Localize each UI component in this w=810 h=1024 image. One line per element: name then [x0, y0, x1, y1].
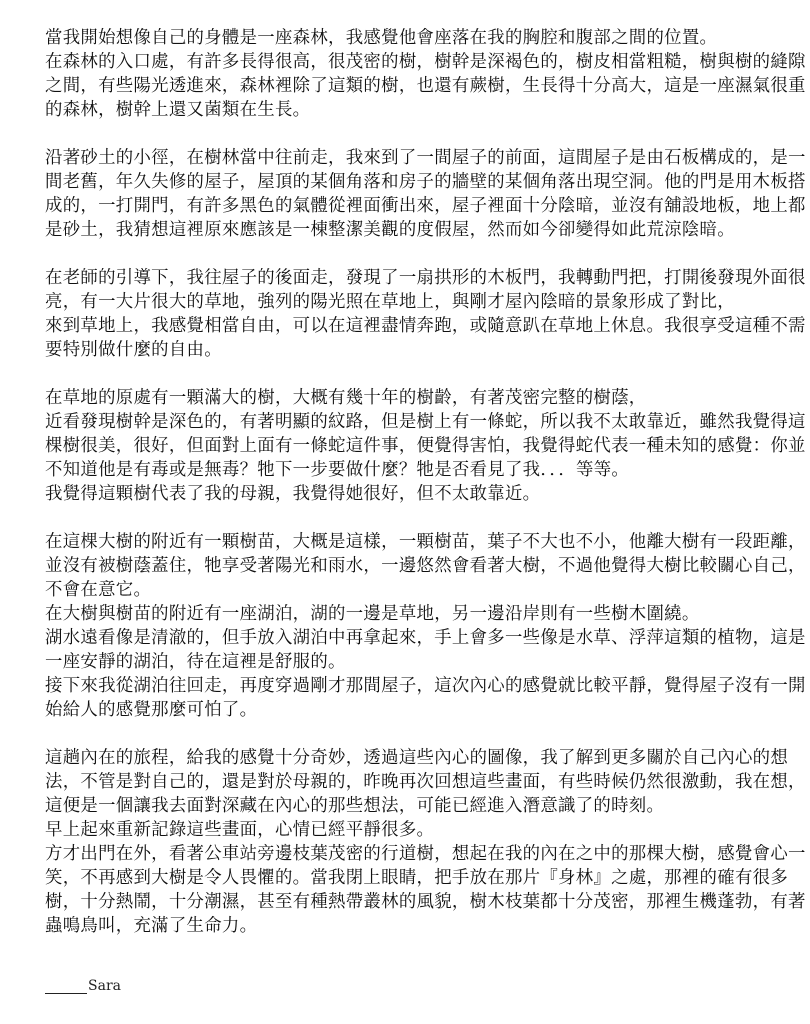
text-line: 早上起來重新記錄這些畫面，心情已經平靜很多。	[45, 818, 751, 842]
text-line: 法，不管是對自己的，還是對於母親的，昨晚再次回想這些畫面，有些時候仍然很激動，我…	[45, 770, 751, 794]
paragraph-forest-entrance: 當我開始想像自己的身體是一座森林，我感覺他會座落在我的胸腔和腹部之間的位置。 在…	[45, 26, 751, 122]
text-line: 在草地的原處有一顆滿大的樹，大概有幾十年的樹齡，有著茂密完整的樹蔭，	[45, 386, 751, 410]
text-line: 接下來我從湖泊往回走，再度穿過剛才那間屋子，這次內心的感覺就比較平靜，覺得屋子沒…	[45, 674, 751, 698]
text-line: 這趟內在的旅程，給我的感覺十分奇妙，透過這些內心的圖像，我了解到更多關於自己內心…	[45, 746, 751, 770]
text-line: 這便是一個讓我去面對深藏在內心的那些想法，可能已經進入潛意識了的時刻。	[45, 794, 751, 818]
paragraph-stone-house: 沿著砂土的小徑，在樹林當中往前走，我來到了一間屋子的前面，這間屋子是由石板構成的…	[45, 146, 751, 242]
text-line: 之間，有些陽光透進來，森林裡除了這類的樹，也還有蕨樹，生長得十分高大，這是一座濕…	[45, 74, 751, 98]
paragraph-reflection: 這趟內在的旅程，給我的感覺十分奇妙，透過這些內心的圖像，我了解到更多關於自己內心…	[45, 746, 751, 938]
signature: Sara	[45, 978, 121, 994]
text-line: 來到草地上，我感覺相當自由，可以在這裡盡情奔跑，或隨意趴在草地上休息。我很享受這…	[45, 314, 751, 338]
text-line: 方才出門在外，看著公車站旁邊枝葉茂密的行道樹，想起在我的內在之中的那棵大樹，感覺…	[45, 842, 751, 866]
text-line: 沿著砂土的小徑，在樹林當中往前走，我來到了一間屋子的前面，這間屋子是由石板構成的…	[45, 146, 751, 170]
text-line: 不會在意它。	[45, 578, 751, 602]
paragraph-big-tree: 在草地的原處有一顆滿大的樹，大概有幾十年的樹齡，有著茂密完整的樹蔭， 近看發現樹…	[45, 386, 751, 506]
text-line: 成的，一打開門，有許多黑色的氣體從裡面衝出來，屋子裡面十分陰暗，並沒有舖設地板，…	[45, 194, 751, 218]
text-line: 在這棵大樹的附近有一顆樹苗，大概是這樣，一顆樹苗，葉子不大也不小，他離大樹有一段…	[45, 530, 751, 554]
signature-name: Sara	[88, 978, 121, 994]
text-line: 始給人的感覺那麼可怕了。	[45, 698, 751, 722]
paragraph-meadow: 在老師的引導下，我往屋子的後面走，發現了一扇拱形的木板門，我轉動門把，打開後發現…	[45, 266, 751, 362]
text-line: 當我開始想像自己的身體是一座森林，我感覺他會座落在我的胸腔和腹部之間的位置。	[45, 26, 751, 50]
text-line: 樹，十分熱鬧，十分潮濕，甚至有種熱帶叢林的風貌，樹木枝葉都十分茂密，那裡生機蓬勃…	[45, 890, 751, 914]
text-line: 不知道他是有毒或是無毒？牠下一步要做什麼？牠是否看見了我．．．等等。	[45, 458, 751, 482]
text-line: 笑，不再感到大樹是令人畏懼的。當我閉上眼睛，把手放在那片『身林』之處，那裡的確有…	[45, 866, 751, 890]
text-line: 棵樹很美，很好，但面對上面有一條蛇這件事，便覺得害怕，我覺得蛇代表一種未知的感覺…	[45, 434, 751, 458]
text-line: 蟲鳴鳥叫，充滿了生命力。	[45, 914, 751, 938]
text-line: 並沒有被樹蔭蓋住，牠享受著陽光和雨水，一邊悠然會看著大樹，不過他覺得大樹比較關心…	[45, 554, 751, 578]
paragraph-sapling-lake: 在這棵大樹的附近有一顆樹苗，大概是這樣，一顆樹苗，葉子不大也不小，他離大樹有一段…	[45, 530, 751, 722]
text-line: 一座安靜的湖泊，待在這裡是舒服的。	[45, 650, 751, 674]
text-line: 的森林，樹幹上還又菌類在生長。	[45, 98, 751, 122]
text-line: 要特別做什麼的自由。	[45, 338, 751, 362]
text-line: 在森林的入口處，有許多長得很高，很茂密的樹，樹幹是深褐色的，樹皮相當粗糙，樹與樹…	[45, 50, 751, 74]
text-line: 亮，有一大片很大的草地，強列的陽光照在草地上，與剛才屋內陰暗的景象形成了對比，	[45, 290, 751, 314]
text-line: 是砂土，我猜想這裡原來應該是一棟整潔美觀的度假屋，然而如今卻變得如此荒涼陰暗。	[45, 218, 751, 242]
text-line: 在大樹與樹苗的附近有一座湖泊，湖的一邊是草地，另一邊沿岸則有一些樹木圍繞。	[45, 602, 751, 626]
signature-rule	[45, 979, 87, 994]
text-line: 間老舊，年久失修的屋子，屋頂的某個角落和房子的牆壁的某個角落出現空洞。他的門是用…	[45, 170, 751, 194]
text-line: 近看發現樹幹是深色的，有著明顯的紋路，但是樹上有一條蛇，所以我不太敢靠近，雖然我…	[45, 410, 751, 434]
document-body: 當我開始想像自己的身體是一座森林，我感覺他會座落在我的胸腔和腹部之間的位置。 在…	[45, 26, 751, 962]
text-line: 我覺得這顆樹代表了我的母親，我覺得她很好，但不太敢靠近。	[45, 482, 751, 506]
text-line: 在老師的引導下，我往屋子的後面走，發現了一扇拱形的木板門，我轉動門把，打開後發現…	[45, 266, 751, 290]
text-line: 湖水遠看像是清澈的，但手放入湖泊中再拿起來，手上會多一些像是水草、浮萍這類的植物…	[45, 626, 751, 650]
